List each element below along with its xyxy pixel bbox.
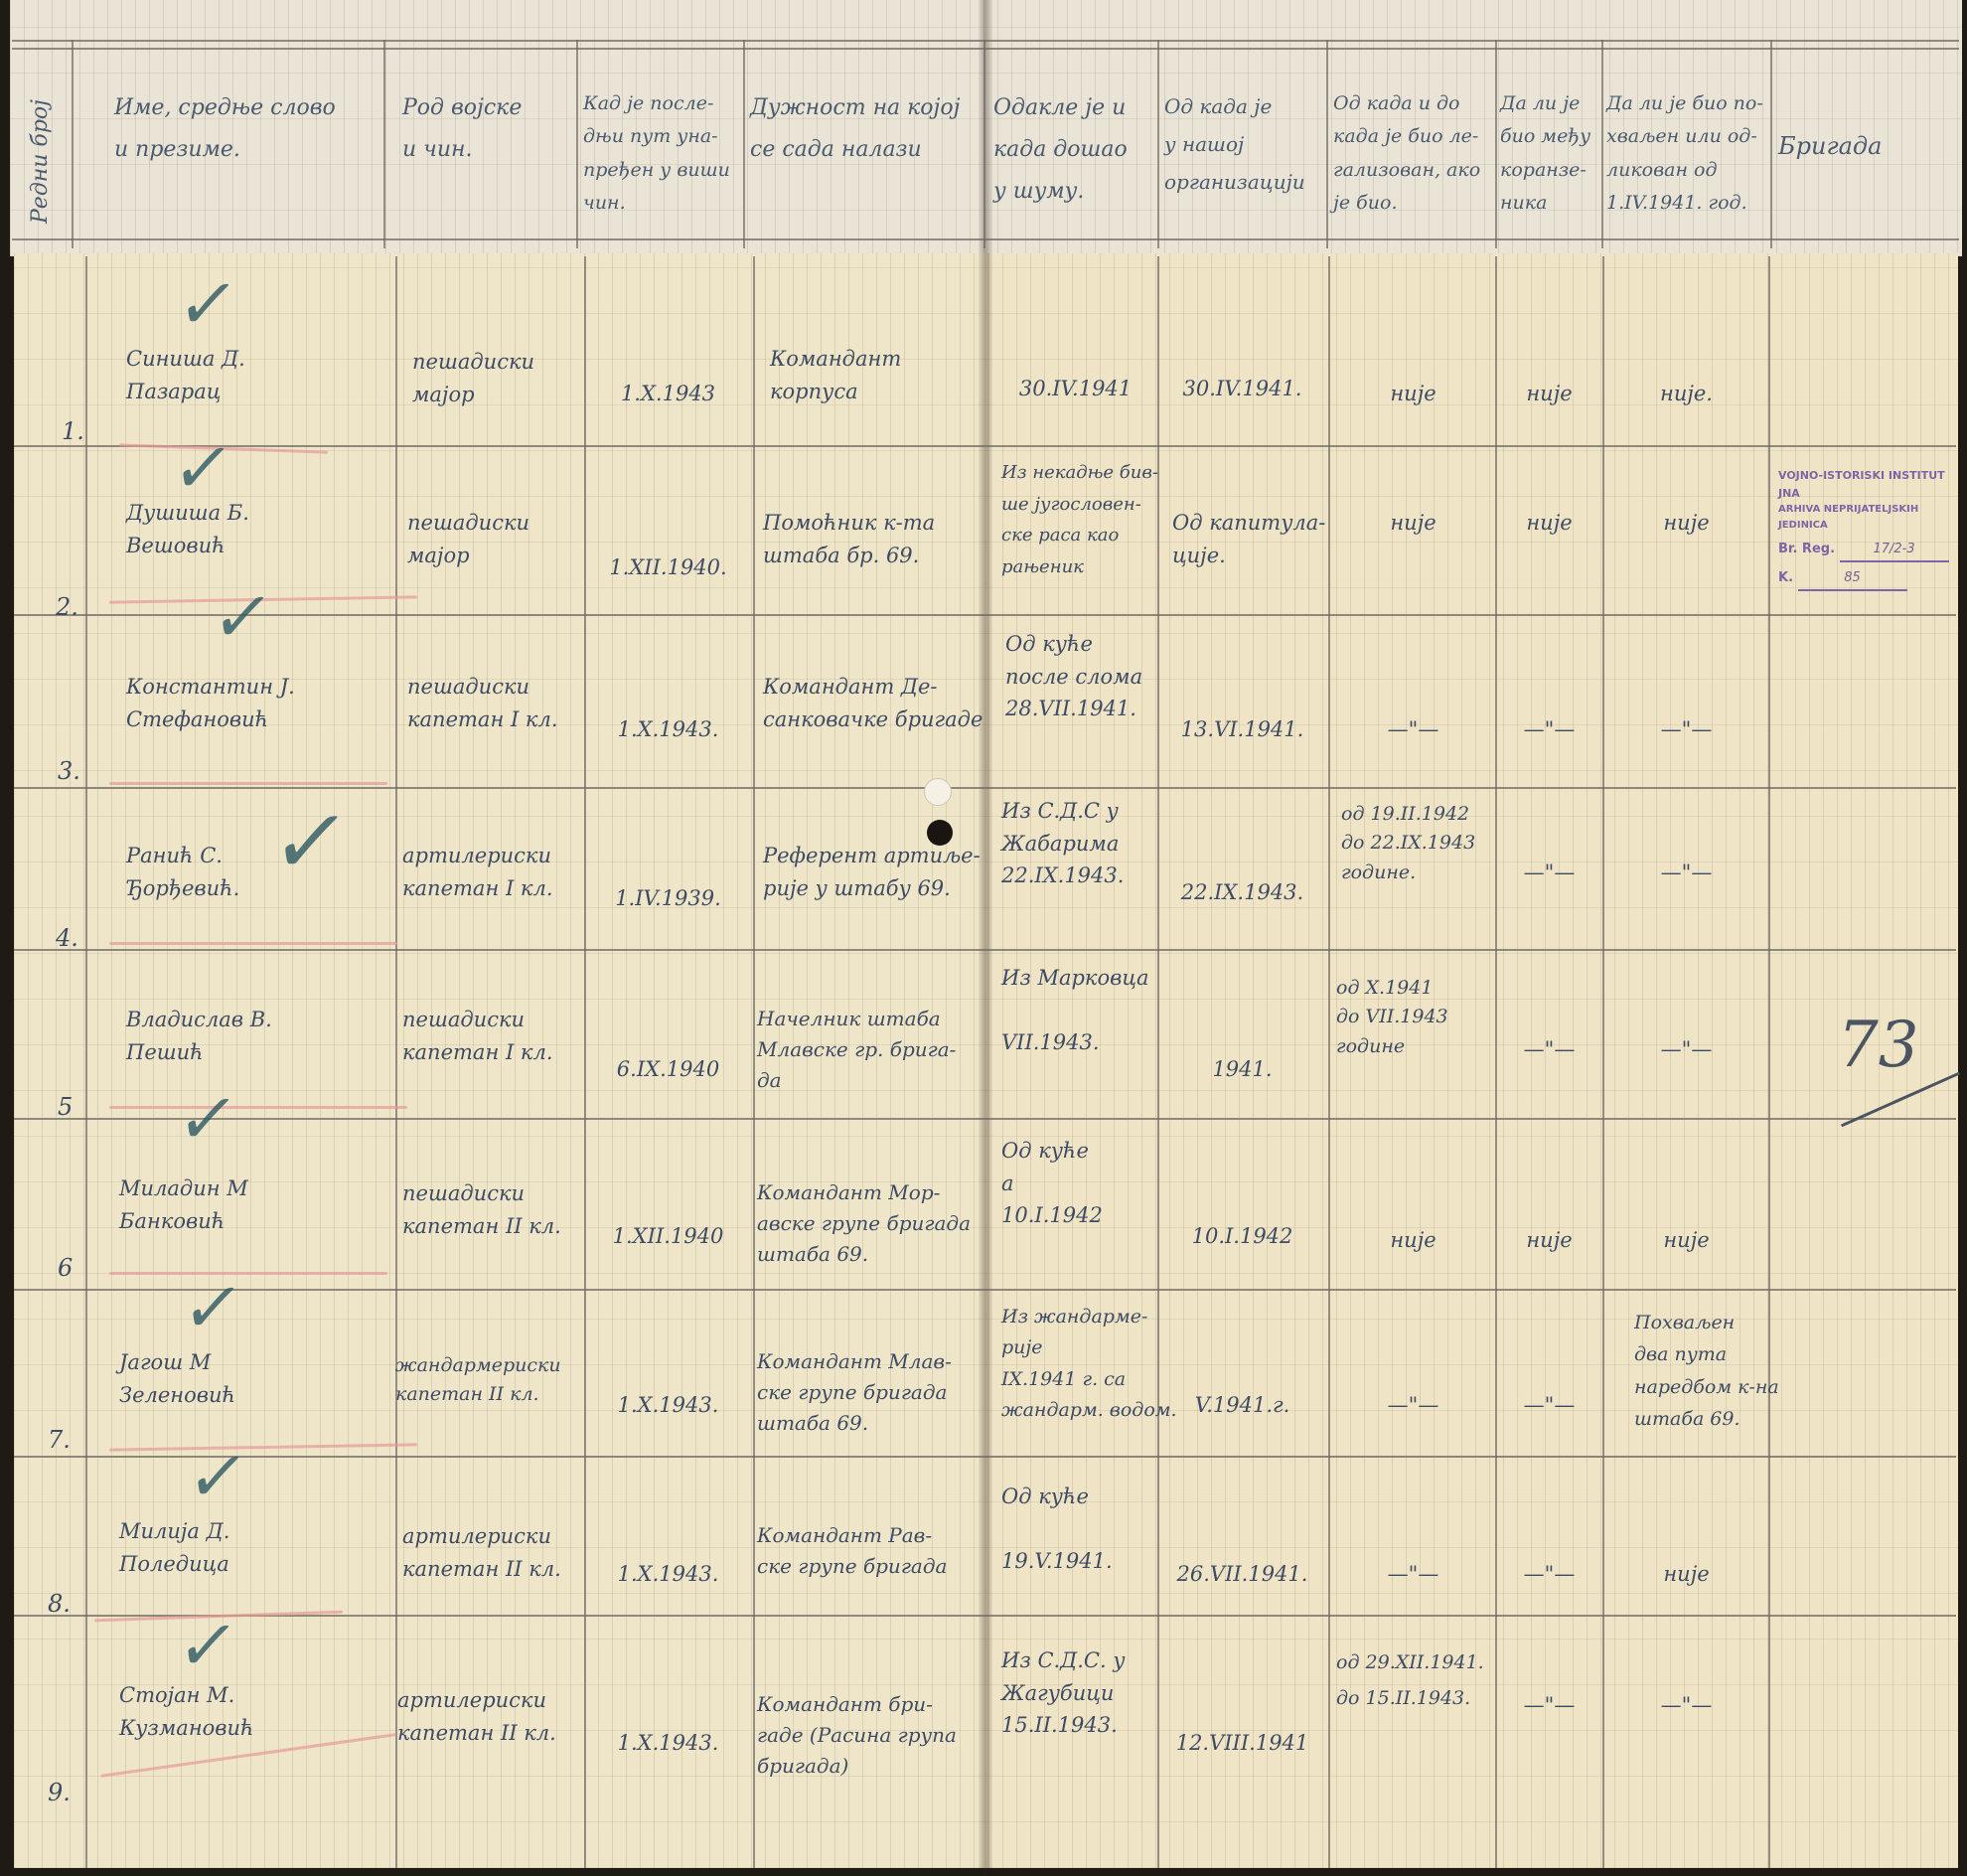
- row9-name: Стојан М. Кузмановић: [119, 1679, 254, 1744]
- row6-enemy-collab: није: [1497, 1224, 1601, 1257]
- row1-duty: Командант корпуса: [770, 343, 901, 407]
- row5-came-from: Из Марковца VII.1943.: [1001, 962, 1149, 1059]
- row-number: 8.: [48, 1590, 71, 1618]
- row3-duty: Командант Де- санковачке бригаде: [763, 671, 983, 735]
- header-top-rule-2: [12, 48, 1959, 50]
- row-divider: [14, 1615, 1956, 1617]
- row-divider: [14, 614, 1956, 616]
- row2-promoted: 1.XII.1940.: [586, 551, 750, 584]
- row1-in-org: 30.IV.1941.: [1160, 373, 1324, 405]
- row5-praised: —"—: [1604, 1033, 1768, 1066]
- col-divider: [1157, 40, 1159, 248]
- red-pencil-mark: [109, 1272, 387, 1275]
- row5-name: Владислав В. Пешић: [126, 1004, 272, 1068]
- row-number: 4.: [56, 924, 78, 952]
- row8-came-from: Од куће 19.V.1941.: [1001, 1481, 1113, 1578]
- red-pencil-mark: [109, 942, 397, 945]
- row7-branch-rank: жандармериски капетан II кл.: [395, 1351, 561, 1410]
- row-divider: [14, 787, 1956, 789]
- stamp-reg-label: Br. Reg.: [1778, 542, 1835, 556]
- row9-in-org: 12.VIII.1941: [1160, 1727, 1324, 1760]
- row6-branch-rank: пешадиски капетан II кл.: [402, 1177, 561, 1242]
- row7-legalized: —"—: [1331, 1389, 1495, 1422]
- row-divider: [14, 1456, 1956, 1458]
- row8-branch-rank: артилериски капетан II кл.: [402, 1520, 561, 1585]
- page-fold: [979, 0, 992, 1876]
- row7-name: Јагош М Зеленовић: [119, 1346, 235, 1411]
- row1-enemy-collab: није: [1497, 378, 1601, 410]
- row6-promoted: 1.XII.1940: [586, 1220, 750, 1253]
- row7-came-from: Из жандарме- рије IX.1941 г. са жандарм.…: [1001, 1302, 1177, 1426]
- row-number: 3.: [58, 757, 80, 785]
- header-in-org: Од када је у нашој организацији: [1164, 87, 1323, 201]
- stamp-k-value: 85: [1798, 568, 1907, 591]
- row-divider: [14, 445, 1956, 447]
- row-number: 5: [58, 1093, 73, 1121]
- row3-praised: —"—: [1604, 713, 1768, 746]
- row2-praised: није: [1604, 507, 1768, 540]
- header-enemy-collab: Да ли је био међу коранзе- ника: [1500, 87, 1599, 220]
- col-divider: [1495, 40, 1497, 248]
- row5-enemy-collab: —"—: [1497, 1033, 1601, 1066]
- col-divider: [1326, 40, 1328, 248]
- row5-duty: Начелник штаба Млавске гр. брига- да: [757, 1004, 956, 1096]
- row6-praised: није: [1604, 1224, 1768, 1257]
- col-divider: [1601, 40, 1603, 248]
- row-number: 2.: [56, 593, 78, 621]
- archive-stamp: VOJNO-ISTORISKI INSTITUT JNA ARHIVA NEPR…: [1778, 467, 1967, 591]
- row4-came-from: Из С.Д.С у Жабарима 22.IX.1943.: [1001, 795, 1124, 892]
- header-branch-rank: Род војске и чин.: [402, 87, 571, 171]
- row-divider: [14, 1118, 1956, 1120]
- stamp-archive: ARHIVA NEPRIJATELJSKIH JEDINICA: [1778, 502, 1967, 534]
- row5-branch-rank: пешадиски капетан I кл.: [402, 1004, 553, 1068]
- row1-legalized: није: [1331, 378, 1495, 410]
- row-number: 9.: [48, 1779, 71, 1806]
- col-divider: [395, 256, 397, 1868]
- row6-in-org: 10.I.1942: [1160, 1220, 1324, 1253]
- col-divider: [983, 40, 985, 248]
- header-serial: Редни број: [28, 99, 53, 224]
- row9-enemy-collab: —"—: [1497, 1689, 1601, 1722]
- row9-promoted: 1.X.1943.: [586, 1727, 750, 1760]
- stamp-k-row: K. 85: [1778, 568, 1967, 591]
- row8-praised: није: [1604, 1558, 1768, 1591]
- page-number: 73: [1838, 1009, 1918, 1082]
- col-divider: [743, 40, 745, 248]
- row4-duty: Референт артиље- рије у штабу 69.: [763, 840, 981, 904]
- row5-promoted: 6.IX.1940: [586, 1053, 750, 1086]
- stamp-institute: VOJNO-ISTORISKI INSTITUT JNA: [1778, 467, 1967, 502]
- row4-legalized: од 19.II.1942 до 22.IX.1943 године.: [1341, 800, 1475, 887]
- header-brigade: Бригада: [1778, 124, 1957, 170]
- col-divider: [1768, 256, 1770, 1868]
- row1-promoted: 1.X.1943: [586, 378, 750, 410]
- stamp-k-label: K.: [1778, 570, 1793, 585]
- row4-praised: —"—: [1604, 857, 1768, 889]
- row3-came-from: Од куће после слома 28.VII.1941.: [1005, 628, 1142, 725]
- row2-in-org: Од капитула- ције.: [1172, 507, 1325, 571]
- row8-name: Милија Д. Поледица: [119, 1515, 229, 1580]
- row3-branch-rank: пешадиски капетан I кл.: [407, 671, 558, 735]
- row2-branch-rank: пешадиски мајор: [407, 507, 530, 571]
- punch-hole: [924, 778, 952, 806]
- row4-name: Ранић С. Ђорђевић.: [126, 840, 239, 904]
- header-name: Име, средње слово и презиме.: [114, 87, 373, 171]
- punch-hole: [927, 820, 953, 846]
- row4-in-org: 22.IX.1943.: [1160, 876, 1324, 909]
- row6-legalized: није: [1331, 1224, 1495, 1257]
- row7-praised: Похваљен два пута наредбом к-на штаба 69…: [1634, 1307, 1779, 1435]
- col-divider: [383, 40, 385, 248]
- header-top-rule: [12, 40, 1959, 42]
- header-praised: Да ли је био по- хваљен или од- ликован …: [1606, 87, 1770, 220]
- col-divider: [576, 40, 578, 248]
- row1-came-from: 30.IV.1941: [993, 373, 1157, 405]
- row2-name: Душиша Б. Вешовић: [126, 497, 249, 561]
- header-promoted: Кад је после- дњи пут уна- пређен у виши…: [583, 87, 742, 220]
- row2-duty: Помоћник к-та штаба бр. 69.: [763, 507, 935, 571]
- row7-enemy-collab: —"—: [1497, 1389, 1601, 1422]
- row6-came-from: Од куће а 10.I.1942: [1001, 1135, 1103, 1232]
- col-divider: [72, 40, 74, 248]
- row3-promoted: 1.X.1943.: [586, 713, 750, 746]
- row3-in-org: 13.VI.1941.: [1160, 713, 1324, 746]
- row8-duty: Командант Рав- ске групе бригада: [757, 1520, 947, 1582]
- row2-came-from: Из некадње бив- ше југословен- ске раса …: [1001, 457, 1158, 582]
- row-divider: [14, 1289, 1956, 1291]
- row6-duty: Командант Мор- авске групе бригада штаба…: [757, 1177, 971, 1270]
- row-number: 1.: [62, 417, 84, 445]
- row7-promoted: 1.X.1943.: [586, 1389, 750, 1422]
- row8-legalized: —"—: [1331, 1558, 1495, 1591]
- row1-name: Синиша Д. Пазарац: [126, 343, 245, 407]
- stamp-reg-value: 17/2-3: [1840, 540, 1949, 562]
- row1-praised: није.: [1604, 378, 1768, 410]
- row8-enemy-collab: —"—: [1497, 1558, 1601, 1591]
- row8-in-org: 26.VII.1941.: [1160, 1558, 1324, 1591]
- row9-praised: —"—: [1604, 1689, 1768, 1722]
- row4-branch-rank: артилериски капетан I кл.: [402, 840, 553, 904]
- row1-branch-rank: пешадиски мајор: [412, 346, 534, 410]
- red-pencil-mark: [109, 1106, 407, 1109]
- row9-legalized: од 29.XII.1941. до 15.II.1943.: [1336, 1644, 1484, 1716]
- stamp-reg-row: Br. Reg. 17/2-3: [1778, 540, 1967, 562]
- header-came-from: Одакле је и када дошао у шуму.: [993, 87, 1152, 212]
- row9-duty: Командант бри- гаде (Расина група бригад…: [757, 1689, 957, 1782]
- row5-in-org: 1941.: [1160, 1053, 1324, 1086]
- row4-enemy-collab: —"—: [1497, 857, 1601, 889]
- row5-legalized: од X.1941 до VII.1943 године: [1336, 974, 1448, 1061]
- row9-came-from: Из С.Д.С. у Жагубици 15.II.1943.: [1001, 1644, 1126, 1742]
- row2-legalized: није: [1331, 507, 1495, 540]
- row8-promoted: 1.X.1943.: [586, 1558, 750, 1591]
- row6-name: Миладин М Банковић: [119, 1172, 248, 1237]
- row-number: 6: [58, 1254, 73, 1282]
- row7-in-org: V.1941.г.: [1160, 1389, 1324, 1422]
- row-divider: [14, 949, 1956, 951]
- row7-duty: Командант Млав- ске групе бригада штаба …: [757, 1346, 952, 1439]
- col-divider: [753, 256, 755, 1868]
- header-duty: Дужност на којој се сада налази: [750, 87, 979, 171]
- header-bottom-rule: [12, 238, 1959, 240]
- row9-branch-rank: артилериски капетан II кл.: [397, 1684, 556, 1749]
- row3-name: Константин Ј. Стефановић: [126, 671, 295, 735]
- row2-enemy-collab: није: [1497, 507, 1601, 540]
- row-number: 7.: [48, 1426, 71, 1454]
- red-pencil-mark: [109, 782, 387, 785]
- row3-enemy-collab: —"—: [1497, 713, 1601, 746]
- header-legalized: Од када и до када је био ле- гализован, …: [1333, 87, 1492, 220]
- col-divider: [1328, 256, 1330, 1868]
- row3-legalized: —"—: [1331, 713, 1495, 746]
- col-divider: [85, 256, 87, 1868]
- row4-promoted: 1.IV.1939.: [586, 882, 750, 915]
- col-divider: [1770, 40, 1772, 248]
